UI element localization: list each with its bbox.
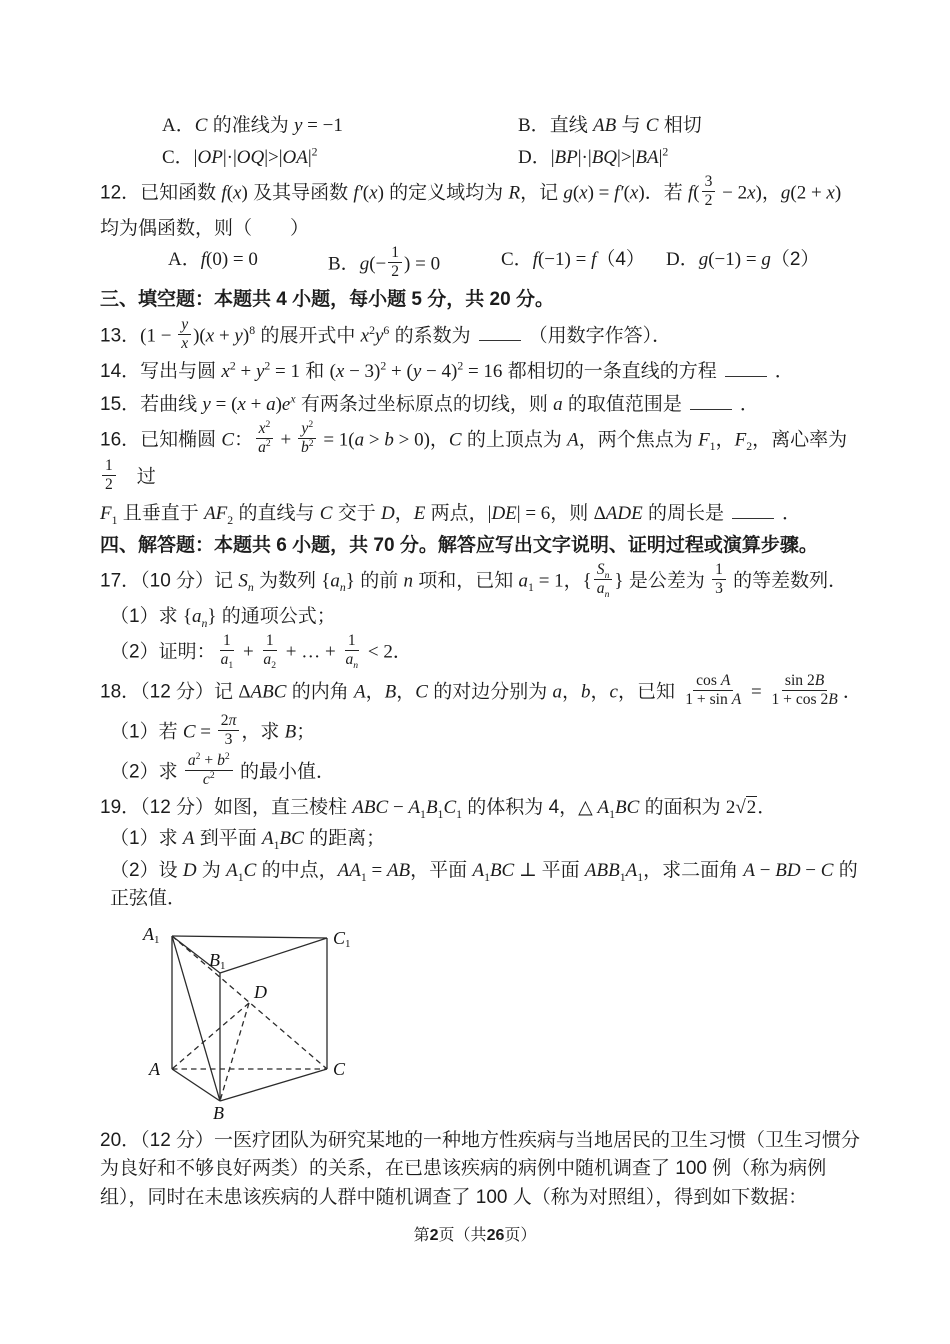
math-run: A xyxy=(183,828,195,849)
bold-run: 26 xyxy=(487,1227,505,1244)
math-run: C xyxy=(443,797,456,818)
sup-script: 2 xyxy=(312,145,318,158)
math-run: A xyxy=(226,860,238,881)
text-run: 的展开式中 xyxy=(255,325,361,346)
text-run: 页） xyxy=(504,1227,536,1244)
vertex-label-B: B xyxy=(213,1103,224,1123)
roman-run: ) = xyxy=(588,182,615,203)
q17-part-2: （2）证明：1a1 + 1a2 + … + 1an < 2． xyxy=(110,634,862,671)
fraction-numerator: Sn xyxy=(594,561,613,580)
text-run: 20．（12 分）一医疗团队为研究某地的一种地方性疾病与当地居民的卫生习惯（卫生… xyxy=(100,1130,860,1208)
text-run: 与 xyxy=(616,115,646,136)
fraction-denominator: x xyxy=(178,335,191,353)
text-run: （2） xyxy=(771,249,820,270)
text-run: ， xyxy=(591,682,610,703)
roman-run: 1 xyxy=(348,632,356,649)
math-run: b xyxy=(301,439,309,456)
fraction: yx xyxy=(178,316,191,353)
text-run: ． xyxy=(757,797,776,818)
text-run: 是公差为 xyxy=(624,570,711,591)
q15-stem: 15．若曲线 y = (x + a)ex 有两条过坐标原点的切线，则 a 的取值… xyxy=(100,390,862,420)
roman-run: = 1 xyxy=(534,570,564,591)
math-run: E xyxy=(414,503,426,524)
text-run: ，已知 xyxy=(618,682,680,703)
roman-run: − 4) xyxy=(421,361,457,382)
math-run: x xyxy=(206,325,214,346)
fraction: a2 + b2c2 xyxy=(185,752,233,789)
q18-stem: 18．（12 分）记 ΔABC 的内角 A，B，C 的对边分别为 a，b，c，已… xyxy=(100,674,862,711)
fraction: sin 2B1 + cos 2B xyxy=(768,672,840,709)
text-run: 的最小值． xyxy=(235,761,335,782)
roman-run: 2 xyxy=(726,797,736,818)
fraction: x2a2 xyxy=(255,420,274,457)
text-run: 的上顶点为 xyxy=(462,430,568,451)
math-run: A xyxy=(408,797,420,818)
math-run: y xyxy=(413,361,421,382)
fraction-numerator: 1 xyxy=(263,632,277,651)
math-run: A xyxy=(732,691,742,708)
text-run: 交于 xyxy=(332,503,381,524)
roman-run: − xyxy=(801,860,821,881)
sup-script: 2 xyxy=(265,419,270,430)
math-run: y xyxy=(202,394,210,415)
math-run: C xyxy=(646,115,659,136)
text-run: ； xyxy=(296,721,315,742)
q19-part-2: （2）设 D 为 A1C 的中点，AA1 = AB，平面 A1BC ⊥ 平面 A… xyxy=(110,857,862,914)
q12-option-d: D．g(−1) = g（2） xyxy=(666,246,819,283)
q13-stem: 13．(1 − yx)(x + y)8 的展开式中 x2y6 的系数为（用数字作… xyxy=(100,318,862,355)
roman-run: 1 + sin xyxy=(685,691,731,708)
math-run: B xyxy=(426,797,438,818)
fraction-numerator: 1 xyxy=(345,632,359,651)
math-run: π xyxy=(229,712,237,729)
vertex-label-C1: C1 xyxy=(333,928,351,950)
math-run: A xyxy=(472,860,484,881)
roman-run: ) xyxy=(835,182,841,203)
text-run: （用数字作答）． xyxy=(529,325,672,346)
math-run: OQ xyxy=(237,147,264,168)
math-run: a xyxy=(345,651,353,668)
q11-option-b: B．直线 AB 与 C 相切 xyxy=(518,112,702,141)
roman-run: = xyxy=(367,860,387,881)
text-run: 的前 xyxy=(355,570,404,591)
math-run: BD xyxy=(775,860,800,881)
text-run: ，两个焦点为 xyxy=(579,430,698,451)
fraction-numerator: 1 xyxy=(102,457,116,476)
sup-script: 2 xyxy=(309,438,314,449)
text-run: ． xyxy=(740,394,759,415)
roman-run: |>| xyxy=(617,147,635,168)
q11-options-row-ab: A．C 的准线为 y = −1 B．直线 AB 与 C 相切 xyxy=(100,112,862,141)
text-run: 的取值范围是 xyxy=(563,394,682,415)
roman-run: } xyxy=(346,570,355,591)
sqrt-radical: √2 xyxy=(735,796,757,818)
math-run: C xyxy=(320,503,333,524)
text-run: 的内角 xyxy=(286,682,354,703)
sub-script: n xyxy=(353,660,358,671)
roman-run: Δ xyxy=(238,682,250,703)
fraction-denominator: an xyxy=(594,580,613,598)
roman-run: ： xyxy=(234,430,253,451)
roman-run: = ( xyxy=(211,394,238,415)
text-run: ， xyxy=(366,682,385,703)
math-run: y xyxy=(234,325,242,346)
roman-run: B． xyxy=(328,254,360,275)
math-run: C xyxy=(415,682,428,703)
fraction-numerator: 2π xyxy=(218,712,240,731)
roman-run: } xyxy=(207,606,216,627)
text-run: 的系数为 xyxy=(389,325,470,346)
q12-options-row: A．f(0) = 0 B．g(−12) = 0 C．f(−1) = f（4） D… xyxy=(100,246,862,283)
math-run: a xyxy=(263,651,271,668)
math-run: g xyxy=(360,254,370,275)
radical-sign: √ xyxy=(735,797,745,818)
fraction: cos A1 + sin A xyxy=(682,672,744,709)
bold-run: 四、解答题：本题共 6 小题，共 70 分。解答应写出文字说明、证明过程或演算步… xyxy=(100,535,818,556)
math-run: C xyxy=(449,430,462,451)
math-run: x xyxy=(361,325,369,346)
fraction-denominator: 1 + cos 2B xyxy=(768,691,840,709)
math-run: OP xyxy=(197,147,222,168)
roman-run: = xyxy=(196,721,216,742)
text-run: ， xyxy=(396,682,415,703)
math-run: x xyxy=(826,182,834,203)
roman-run: = 1( xyxy=(319,430,355,451)
vertex-label-A1: A1 xyxy=(142,924,160,946)
fraction-denominator: c2 xyxy=(200,771,218,789)
roman-run: (− xyxy=(369,254,386,275)
math-run: C xyxy=(195,115,208,136)
math-run: B xyxy=(385,682,397,703)
text-run: ， xyxy=(395,503,414,524)
math-run: A xyxy=(626,860,638,881)
prism-figure: A1B1C1DABC xyxy=(130,920,862,1125)
roman-run: 2 xyxy=(391,263,399,280)
text-run: 的定义域均为 xyxy=(384,182,509,203)
answer-blank xyxy=(732,499,774,519)
fraction: 1a2 xyxy=(260,632,279,669)
q14-stem: 14．写出与圆 x2 + y2 = 1 和 (x − 3)2 + (y − 4)… xyxy=(100,357,862,387)
text-run: ，求 xyxy=(241,721,284,742)
answer-blank xyxy=(479,321,521,341)
math-run: a xyxy=(519,570,529,591)
q11-option-a: A．C 的准线为 y = −1 xyxy=(162,112,518,141)
q12-option-a: A．f(0) = 0 xyxy=(168,246,328,283)
math-run: F xyxy=(100,503,112,524)
roman-run: (2 + xyxy=(790,182,826,203)
text-run: 过 xyxy=(118,467,156,488)
math-run: c xyxy=(203,771,210,788)
text-run: ， xyxy=(564,570,583,591)
text-run: 19．（12 分）如图，直三棱柱 xyxy=(100,797,352,818)
fraction-numerator: cos A xyxy=(693,672,733,691)
fraction: 1an xyxy=(342,632,361,669)
text-run: ． xyxy=(843,682,862,703)
text-run: 13． xyxy=(100,325,140,346)
math-run: C xyxy=(183,721,196,742)
roman-run: D． xyxy=(666,249,699,270)
q16-stem-line1: 16．已知椭圆 C：x2a2 + y2b2 = 1(a > b > 0)，C 的… xyxy=(100,422,862,496)
text-run: （1）若 xyxy=(110,721,183,742)
section-4-header: 四、解答题：本题共 6 小题，共 70 分。解答应写出文字说明、证明过程或演算步… xyxy=(100,532,862,561)
math-run: a xyxy=(266,394,276,415)
math-run: b xyxy=(217,752,225,769)
roman-run: { xyxy=(583,570,592,591)
bold-run: 三、填空题：本题共 4 小题，每小题 5 分，共 20 分。 xyxy=(100,289,554,310)
math-run: AA xyxy=(338,860,361,881)
text-run: 的对边分别为 xyxy=(428,682,553,703)
math-run: a xyxy=(553,394,563,415)
math-run: x xyxy=(181,335,188,352)
edge-D-A xyxy=(172,1003,249,1069)
math-run: BC xyxy=(280,828,304,849)
roman-run: C．| xyxy=(162,147,197,168)
roman-run: − xyxy=(388,797,408,818)
roman-run: (−1) = xyxy=(538,249,591,270)
q19-part-1: （1）求 A 到平面 A1BC 的距离； xyxy=(110,825,862,854)
math-run: A xyxy=(721,672,731,689)
math-run: B xyxy=(828,691,838,708)
roman-run: ( xyxy=(693,182,699,203)
math-run: BC xyxy=(615,797,639,818)
text-run: 和 xyxy=(300,361,330,382)
sub-script: n xyxy=(605,589,610,600)
roman-run: 3 xyxy=(225,731,233,748)
math-run: a xyxy=(221,651,229,668)
roman-run: A． xyxy=(168,249,201,270)
math-run: R xyxy=(508,182,520,203)
radicand: 2 xyxy=(746,796,758,818)
text-run: 16．已知椭圆 xyxy=(100,430,221,451)
math-run: BA xyxy=(635,147,658,168)
math-run: AB xyxy=(593,115,616,136)
roman-run: = 1 xyxy=(270,361,300,382)
text-run: （2）设 xyxy=(110,860,183,881)
roman-run: = 16 xyxy=(463,361,502,382)
edge-B1-C1 xyxy=(220,938,327,973)
sub-script: 2 xyxy=(271,660,276,671)
sup-script: 2 xyxy=(266,438,271,449)
math-run: A xyxy=(598,797,610,818)
roman-run: |·| xyxy=(223,147,237,168)
roman-run: 2 xyxy=(221,712,229,729)
roman-run: )( xyxy=(193,325,206,346)
math-run: x xyxy=(237,394,245,415)
math-run: D xyxy=(183,860,197,881)
prism-figure-svg: A1B1C1DABC xyxy=(130,920,380,1125)
fraction: 2π3 xyxy=(218,712,240,749)
math-run: ABB xyxy=(585,860,620,881)
math-run: g xyxy=(699,249,709,270)
math-run: a xyxy=(355,430,365,451)
math-run: A xyxy=(354,682,366,703)
exam-content: A．C 的准线为 y = −1 B．直线 AB 与 C 相切 C．|OP|·|O… xyxy=(0,0,950,1212)
math-run: g xyxy=(563,182,573,203)
roman-run: sin 2 xyxy=(785,672,815,689)
math-run: a xyxy=(330,570,340,591)
fraction-denominator: 2 xyxy=(102,476,116,494)
fraction-denominator: 1 + sin A xyxy=(682,691,744,709)
roman-run: − 2 xyxy=(717,182,747,203)
fraction-denominator: a2 xyxy=(255,439,274,457)
q11-option-d: D．|BP|·|BQ|>|BA|2 xyxy=(518,144,668,173)
math-run: ABC xyxy=(352,797,388,818)
text-run: 为数列 xyxy=(254,570,322,591)
sup-script: 2 xyxy=(308,419,313,430)
fraction: y2b2 xyxy=(298,420,317,457)
text-run: ，则 xyxy=(550,503,593,524)
math-run: f′ xyxy=(353,182,362,203)
roman-run: ⊥ xyxy=(514,860,541,881)
math-run: c xyxy=(610,682,618,703)
sup-script: 2 xyxy=(210,770,215,781)
text-run: 且垂直于 xyxy=(118,503,205,524)
q12-option-b: B．g(−12) = 0 xyxy=(328,246,501,283)
q17-part-1: （1）求 {an} 的通项公式； xyxy=(110,603,862,632)
math-run: A xyxy=(262,828,274,849)
fraction: 1a1 xyxy=(218,632,237,669)
fraction: 13 xyxy=(712,561,726,598)
math-run: ABC xyxy=(251,682,287,703)
text-run: ． xyxy=(782,503,801,524)
math-run: n xyxy=(403,570,413,591)
vertex-label-B1: B1 xyxy=(209,950,226,972)
roman-run: (1 − xyxy=(140,325,176,346)
edge-D-B xyxy=(220,1003,249,1101)
roman-run: + … + xyxy=(281,642,340,663)
roman-run: A． xyxy=(162,115,195,136)
roman-run: 3 xyxy=(715,580,723,597)
fraction-denominator: 3 xyxy=(712,580,726,598)
fraction-numerator: 3 xyxy=(702,173,716,192)
text-run: 的通项公式； xyxy=(217,606,336,627)
fraction-numerator: 1 xyxy=(220,632,234,651)
math-run: D xyxy=(381,503,395,524)
math-run: F xyxy=(735,430,747,451)
text-run: ， xyxy=(716,430,735,451)
math-run: a xyxy=(188,752,196,769)
math-run: b xyxy=(384,430,394,451)
q19-stem: 19．（12 分）如图，直三棱柱 ABC − A1B1C1 的体积为 4，△ A… xyxy=(100,794,862,823)
text-run: 的准线为 xyxy=(207,115,294,136)
math-run: a xyxy=(553,682,563,703)
math-run: DE xyxy=(491,503,516,524)
text-run: 均为偶函数，则（ ） xyxy=(100,218,309,239)
math-run: A xyxy=(567,430,579,451)
text-run: 到平面 xyxy=(194,828,262,849)
fraction-numerator: a2 + b2 xyxy=(185,752,233,771)
math-run: x xyxy=(369,182,377,203)
sup-script: 2 xyxy=(225,751,230,762)
math-run: BP xyxy=(555,147,578,168)
text-run: 平面 xyxy=(542,860,585,881)
fraction-numerator: y2 xyxy=(298,420,316,439)
section-3-header: 三、填空题：本题共 4 小题，每小题 5 分，共 20 分。 xyxy=(100,286,862,315)
q12-stem-line1: 12．已知函数 f(x) 及其导函数 f′(x) 的定义域均为 R，记 g(x)… xyxy=(100,175,862,212)
roman-run: − xyxy=(755,860,775,881)
text-run: （2）求 xyxy=(110,761,183,782)
math-run: BQ xyxy=(592,147,617,168)
text-run: ， xyxy=(430,430,449,451)
roman-run: + ( xyxy=(386,361,413,382)
roman-run: > xyxy=(364,430,384,451)
roman-run: 1 xyxy=(391,244,399,261)
math-run: F xyxy=(698,430,710,451)
fraction-denominator: b2 xyxy=(298,439,317,457)
vertex-label-C: C xyxy=(333,1059,346,1079)
roman-run: = −1 xyxy=(302,115,342,136)
answer-blank xyxy=(725,357,767,377)
roman-run: C． xyxy=(501,249,533,270)
math-run: C xyxy=(244,860,257,881)
roman-run: + xyxy=(200,752,217,769)
math-run: x xyxy=(221,361,229,382)
math-run: a xyxy=(597,580,605,597)
math-run: C xyxy=(821,860,834,881)
text-run: （2）证明： xyxy=(110,642,216,663)
text-run: （1）求 xyxy=(110,606,183,627)
math-run: AF xyxy=(204,503,227,524)
roman-run: > 0) xyxy=(394,430,430,451)
text-run: 12．已知函数 xyxy=(100,182,221,203)
math-run: x xyxy=(747,182,755,203)
text-run: ，求二面角 xyxy=(643,860,743,881)
text-run: ， xyxy=(762,182,781,203)
roman-run: (0) = 0 xyxy=(206,249,258,270)
roman-run: + xyxy=(236,361,256,382)
roman-run: 2 xyxy=(105,476,113,493)
roman-run: |>| xyxy=(264,147,282,168)
fraction-numerator: 1 xyxy=(712,561,726,580)
text-run: ，平面 xyxy=(410,860,472,881)
fraction-numerator: 1 xyxy=(388,244,402,263)
fraction-denominator: 2 xyxy=(388,263,402,281)
roman-run: | = 6 xyxy=(517,503,551,524)
bold-run: 2 xyxy=(430,1227,439,1244)
roman-run: + xyxy=(246,394,266,415)
fraction-numerator: x2 xyxy=(256,420,274,439)
fraction: 32 xyxy=(702,173,716,210)
vertex-label-A: A xyxy=(148,1059,161,1079)
math-run: A xyxy=(743,860,755,881)
roman-run: cos xyxy=(696,672,721,689)
math-run: BC xyxy=(490,860,514,881)
answer-blank xyxy=(690,390,732,410)
edge-A1-C1 xyxy=(172,936,327,938)
fraction: Snan xyxy=(594,561,613,598)
roman-run: 3 xyxy=(705,173,713,190)
text-run: （1）求 xyxy=(110,828,183,849)
text-run: ， xyxy=(562,682,581,703)
text-run: 的面积为 xyxy=(639,797,726,818)
text-run: 第 xyxy=(414,1227,430,1244)
q18-part-1: （1）若 C = 2π3，求 B； xyxy=(110,714,862,751)
text-run: 17．（10 分）记 xyxy=(100,570,238,591)
math-run: B xyxy=(815,672,825,689)
roman-run: + xyxy=(214,325,234,346)
roman-run: = xyxy=(746,682,766,703)
q17-stem: 17．（10 分）记 Sn 为数列 {an} 的前 n 项和，已知 a1 = 1… xyxy=(100,563,862,600)
q11-options-row-cd: C．|OP|·|OQ|>|OA|2 D．|BP|·|BQ|>|BA|2 xyxy=(100,144,862,173)
roman-run: B． xyxy=(518,115,550,136)
roman-run: Δ xyxy=(594,503,606,524)
vertex-label-D: D xyxy=(253,982,267,1002)
edge-A-B xyxy=(172,1069,220,1101)
text-run: ．若 xyxy=(645,182,688,203)
roman-run: |·| xyxy=(578,147,592,168)
sub-script: 1 xyxy=(228,660,233,671)
fraction-denominator: a2 xyxy=(260,651,279,669)
